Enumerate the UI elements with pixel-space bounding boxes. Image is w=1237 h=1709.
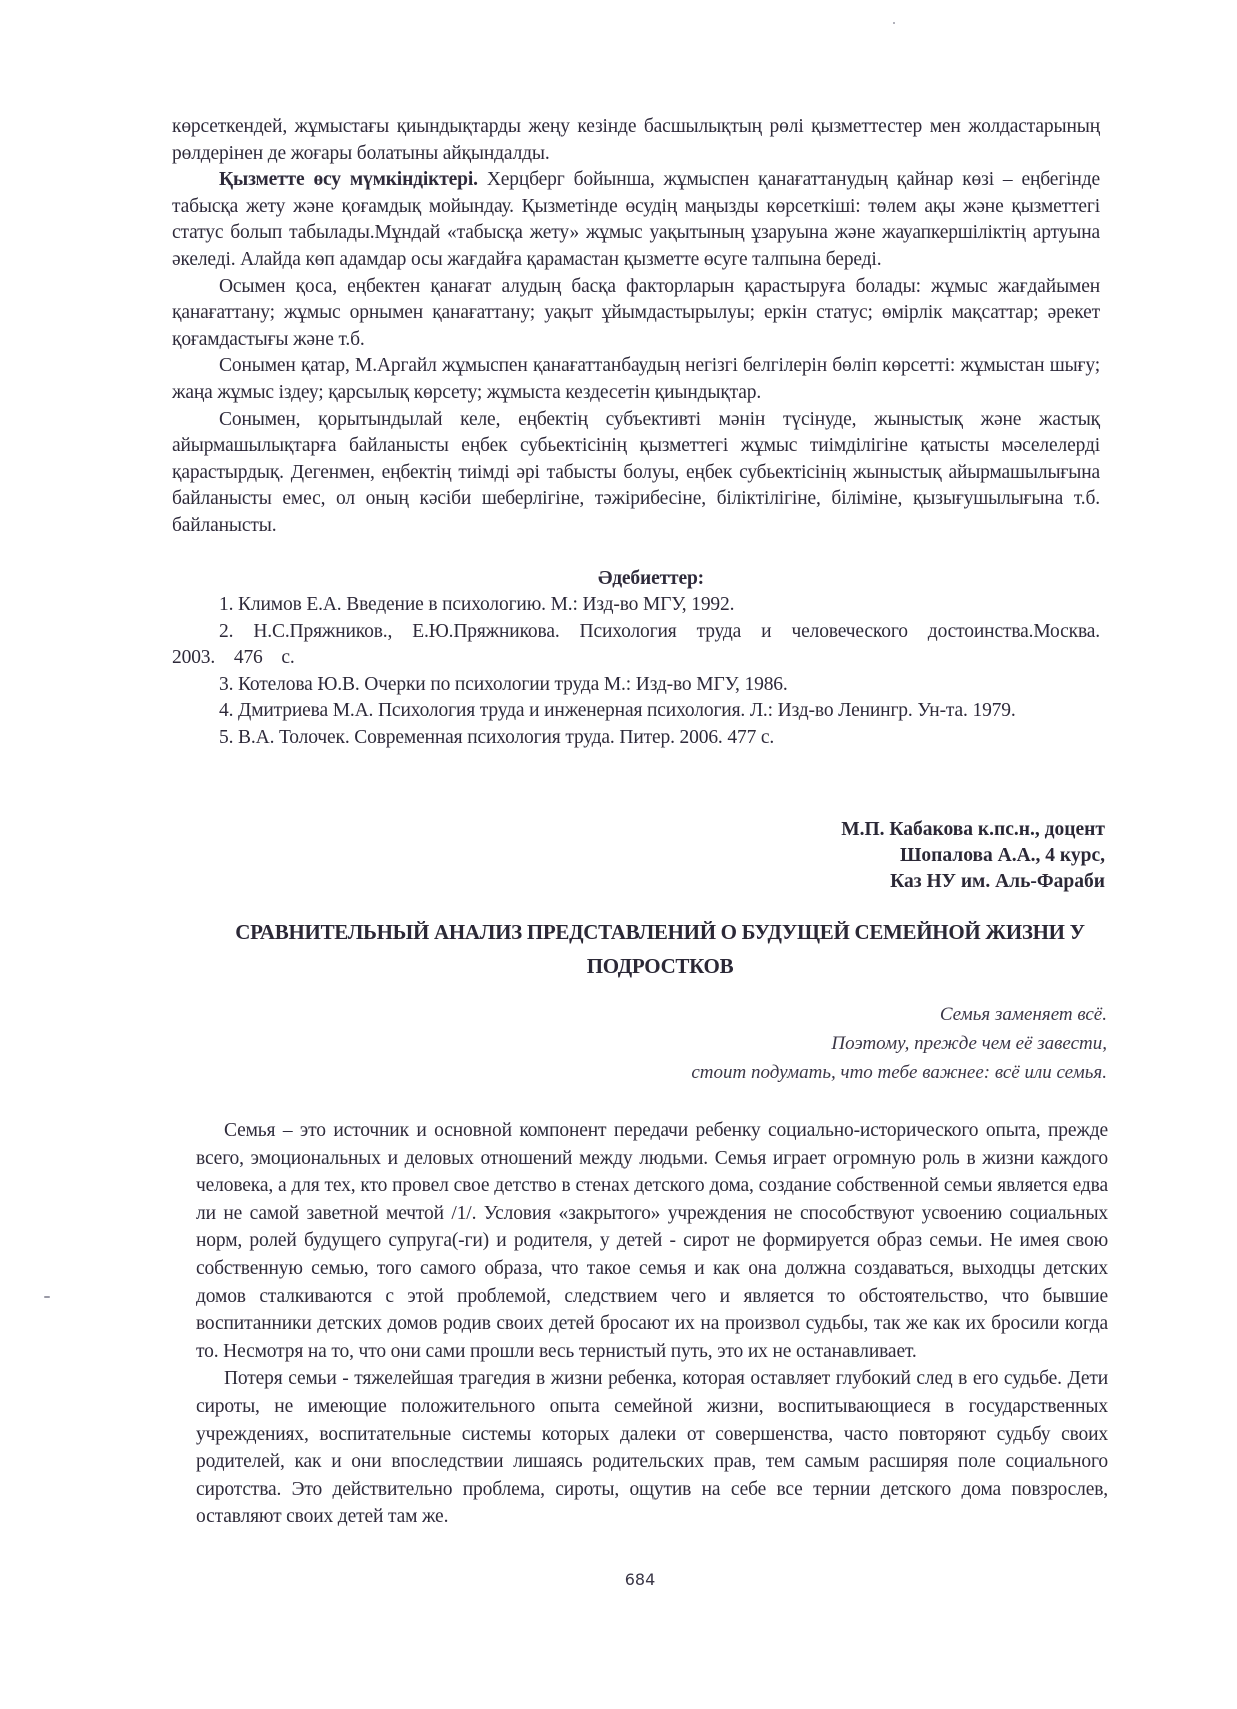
scan-speck xyxy=(893,22,895,24)
article-paragraph: Потеря семьи - тяжелейшая трагедия в жиз… xyxy=(196,1365,1108,1531)
reference-item: 1. Климов Е.А. Введение в психологию. М.… xyxy=(172,592,1100,619)
paragraph-career: Қызметте өсу мүмкіндіктері. Херцберг бой… xyxy=(172,167,1100,273)
author-1: М.П. Кабакова к.пс.н., доцент xyxy=(841,817,1105,843)
reference-item: 4. Дмитриева М.А. Психология труда и инж… xyxy=(172,698,1100,725)
scanned-page: көрсеткендей, жұмыстағы қиындықтарды жең… xyxy=(0,0,1237,1709)
paragraph-continued: көрсеткендей, жұмыстағы қиындықтарды жең… xyxy=(172,114,1100,167)
paragraph-factors: Осымен қоса, еңбектен қанағат алудың бас… xyxy=(172,274,1100,354)
reference-item: 2. Н.С.Пряжников., Е.Ю.Пряжникова. Психо… xyxy=(172,619,1100,672)
author-2: Шопалова А.А., 4 курс, xyxy=(841,843,1105,869)
article-paragraph: Семья – это источник и основной компонен… xyxy=(196,1117,1108,1365)
article-body: Семья – это источник и основной компонен… xyxy=(196,1117,1108,1531)
references-list: 1. Климов Е.А. Введение в психологию. М.… xyxy=(172,592,1100,752)
reference-item: 3. Котелова Ю.В. Очерки по психологии тр… xyxy=(172,672,1100,699)
article-title-line: ПОДРОСТКОВ xyxy=(180,949,1140,983)
paragraph-argyle: Сонымен қатар, М.Аргайл жұмыспен қанағат… xyxy=(172,353,1100,406)
affiliation: Каз НУ им. Аль-Фараби xyxy=(841,869,1105,895)
page-number: 684 xyxy=(0,1570,1237,1589)
epigraph-line: стоит подумать, что тебе важнее: всё или… xyxy=(691,1058,1107,1087)
previous-article-ending: көрсеткендей, жұмыстағы қиындықтарды жең… xyxy=(172,114,1100,752)
epigraph-line: Поэтому, прежде чем её завести, xyxy=(691,1029,1107,1058)
career-heading: Қызметте өсу мүмкіндіктері. xyxy=(219,169,478,190)
references-heading: Әдебиеттер: xyxy=(172,566,1100,593)
epigraph-line: Семья заменяет всё. xyxy=(691,1000,1107,1029)
scan-speck xyxy=(44,1296,50,1298)
reference-item: 5. В.А. Толочек. Современная психология … xyxy=(172,725,1100,752)
paragraph-conclusion: Сонымен, қорытындылай келе, еңбектің суб… xyxy=(172,407,1100,540)
author-block: М.П. Кабакова к.пс.н., доцент Шопалова А… xyxy=(841,817,1105,895)
article-title: СРАВНИТЕЛЬНЫЙ АНАЛИЗ ПРЕДСТАВЛЕНИЙ О БУД… xyxy=(180,915,1140,983)
epigraph: Семья заменяет всё. Поэтому, прежде чем … xyxy=(691,1000,1107,1087)
article-title-line: СРАВНИТЕЛЬНЫЙ АНАЛИЗ ПРЕДСТАВЛЕНИЙ О БУД… xyxy=(180,915,1140,949)
